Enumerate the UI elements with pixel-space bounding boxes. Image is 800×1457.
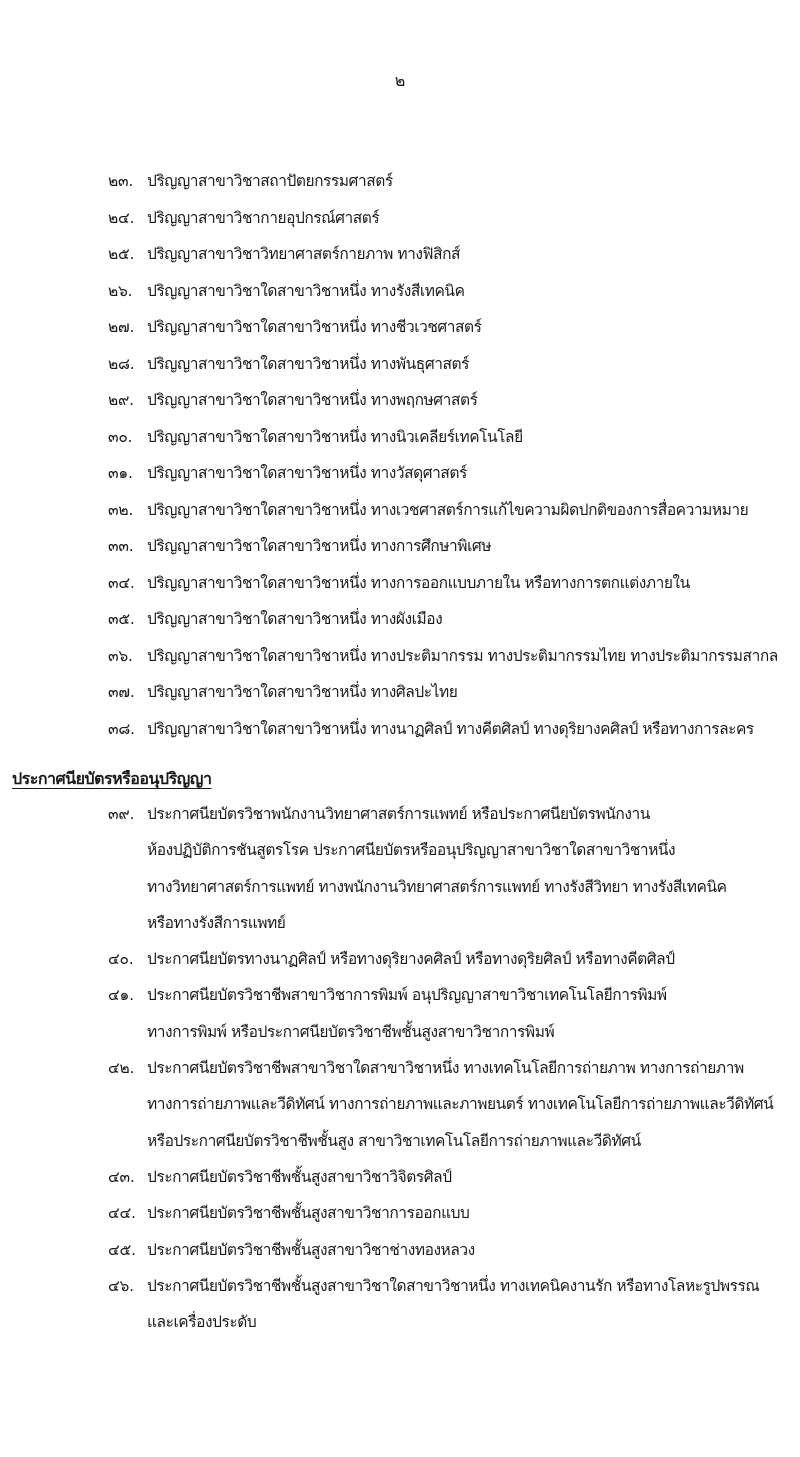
list-item: ๒๘.ปริญญาสาขาวิชาใดสาขาวิชาหนึ่ง ทางพันธ…	[108, 346, 800, 383]
item-number: ๓๗.	[108, 674, 147, 711]
item-text: ประกาศนียบัตรวิชาชีพชั้นสูงสาขาวิชาช่างท…	[147, 1232, 800, 1268]
item-text: ปริญญาสาขาวิชาใดสาขาวิชาหนึ่ง ทางรังสีเท…	[147, 273, 800, 310]
item-text: ปริญญาสาขาวิชาใดสาขาวิชาหนึ่ง ทางพันธุศา…	[147, 346, 800, 383]
list-item: ๔๐. ประกาศนียบัตรทางนาฏศิลป์ หรือทางดุริ…	[108, 941, 800, 977]
item-number: ๔๓.	[108, 1159, 147, 1195]
item-text: ปริญญาสาขาวิชาใดสาขาวิชาหนึ่ง ทางการศึกษ…	[147, 528, 800, 565]
item-text: ปริญญาสาขาวิชาใดสาขาวิชาหนึ่ง ทางศิลปะไท…	[147, 674, 800, 711]
list-item: ๒๔.ปริญญาสาขาวิชากายอุปกรณ์ศาสตร์	[108, 200, 800, 237]
item-text: ปริญญาสาขาวิชาใดสาขาวิชาหนึ่ง ทางพฤกษศาส…	[147, 382, 800, 419]
item-number: ๓๐.	[108, 419, 147, 456]
item-number: ๔๑.	[108, 977, 147, 1050]
item-number: ๒๔.	[108, 200, 147, 237]
item-number: ๒๓.	[108, 163, 147, 200]
item-number: ๔๐.	[108, 941, 147, 977]
item-text: ปริญญาสาขาวิชาใดสาขาวิชาหนึ่ง ทางผังเมือ…	[147, 601, 800, 638]
item-line: ทางวิทยาศาสตร์การแพทย์ ทางพนักงานวิทยาศา…	[147, 869, 800, 905]
item-number: ๔๕.	[108, 1232, 147, 1268]
item-text: ปริญญาสาขาวิชาใดสาขาวิชาหนึ่ง ทางประติมา…	[147, 638, 800, 675]
item-text: ปริญญาสาขาวิชาใดสาขาวิชาหนึ่ง ทางวัสดุศา…	[147, 455, 800, 492]
list-item: ๒๓.ปริญญาสาขาวิชาสถาปัตยกรรมศาสตร์	[108, 163, 800, 200]
item-line: หรือทางรังสีการแพทย์	[147, 905, 800, 941]
item-line: ประกาศนียบัตรวิชาชีพสาขาวิชาการพิมพ์ อนุ…	[147, 977, 800, 1013]
item-line: หรือประกาศนียบัตรวิชาชีพชั้นสูง สาขาวิชา…	[147, 1123, 800, 1159]
item-number: ๓๙.	[108, 796, 147, 941]
item-text: ปริญญาสาขาวิชาสถาปัตยกรรมศาสตร์	[147, 163, 800, 200]
list-item: ๓๕.ปริญญาสาขาวิชาใดสาขาวิชาหนึ่ง ทางผังเ…	[108, 601, 800, 638]
item-number: ๒๗.	[108, 309, 147, 346]
list-item: ๓๖.ปริญญาสาขาวิชาใดสาขาวิชาหนึ่ง ทางประต…	[108, 638, 800, 675]
list-item: ๒๕.ปริญญาสาขาวิชาวิทยาศาสตร์กายภาพ ทางฟิ…	[108, 236, 800, 273]
item-line: ประกาศนียบัตรวิชาชีพชั้นสูงสาขาวิชาช่างท…	[147, 1232, 800, 1268]
item-text: ประกาศนียบัตรวิชาชีพชั้นสูงสาขาวิชาใดสาข…	[147, 1268, 800, 1341]
item-number: ๓๘.	[108, 711, 147, 748]
list-item: ๔๕. ประกาศนียบัตรวิชาชีพชั้นสูงสาขาวิชาช…	[108, 1232, 800, 1268]
item-number: ๒๙.	[108, 382, 147, 419]
item-text: ประกาศนียบัตรวิชาชีพสาขาวิชาใดสาขาวิชาหน…	[147, 1050, 800, 1159]
list-item: ๓๙. ประกาศนียบัตรวิชาพนักงานวิทยาศาสตร์ก…	[108, 796, 800, 941]
list-item: ๔๒. ประกาศนียบัตรวิชาชีพสาขาวิชาใดสาขาวิ…	[108, 1050, 800, 1159]
item-text: ปริญญาสาขาวิชาวิทยาศาสตร์กายภาพ ทางฟิสิก…	[147, 236, 800, 273]
page-number: ๒	[0, 70, 800, 92]
item-text: ปริญญาสาขาวิชาใดสาขาวิชาหนึ่ง ทางชีวเวชศ…	[147, 309, 800, 346]
list-item: ๒๙.ปริญญาสาขาวิชาใดสาขาวิชาหนึ่ง ทางพฤกษ…	[108, 382, 800, 419]
item-line: ทางการถ่ายภาพและวีดิทัศน์ ทางการถ่ายภาพแ…	[147, 1086, 800, 1122]
item-number: ๔๔.	[108, 1195, 147, 1231]
list-item: ๓๑.ปริญญาสาขาวิชาใดสาขาวิชาหนึ่ง ทางวัสด…	[108, 455, 800, 492]
list-item: ๔๔. ประกาศนียบัตรวิชาชีพชั้นสูงสาขาวิชาก…	[108, 1195, 800, 1231]
list-item: ๓๗.ปริญญาสาขาวิชาใดสาขาวิชาหนึ่ง ทางศิลป…	[108, 674, 800, 711]
item-number: ๒๘.	[108, 346, 147, 383]
list-item: ๒๖.ปริญญาสาขาวิชาใดสาขาวิชาหนึ่ง ทางรังส…	[108, 273, 800, 310]
item-number: ๓๓.	[108, 528, 147, 565]
item-line: ทางการพิมพ์ หรือประกาศนียบัตรวิชาชีพชั้น…	[147, 1014, 800, 1050]
certificate-list: ๓๙. ประกาศนียบัตรวิชาพนักงานวิทยาศาสตร์ก…	[108, 796, 800, 1340]
item-line: ประกาศนียบัตรวิชาชีพชั้นสูงสาขาวิชาการออ…	[147, 1195, 800, 1231]
item-line: ประกาศนียบัตรวิชาพนักงานวิทยาศาสตร์การแพ…	[147, 796, 800, 832]
list-item: ๓๘.ปริญญาสาขาวิชาใดสาขาวิชาหนึ่ง ทางนาฏศ…	[108, 711, 800, 748]
list-item: ๓๒.ปริญญาสาขาวิชาใดสาขาวิชาหนึ่ง ทางเวชศ…	[108, 492, 800, 529]
item-number: ๓๕.	[108, 601, 147, 638]
item-number: ๔๒.	[108, 1050, 147, 1159]
list-item: ๔๑. ประกาศนียบัตรวิชาชีพสาขาวิชาการพิมพ์…	[108, 977, 800, 1050]
item-text: ประกาศนียบัตรวิชาชีพชั้นสูงสาขาวิชาการออ…	[147, 1195, 800, 1231]
item-text: ปริญญาสาขาวิชาใดสาขาวิชาหนึ่ง ทางนิวเคลี…	[147, 419, 800, 456]
item-number: ๓๒.	[108, 492, 147, 529]
section-heading-certificates: ประกาศนียบัตรหรืออนุปริญญา	[12, 762, 211, 796]
list-item: ๓๔.ปริญญาสาขาวิชาใดสาขาวิชาหนึ่ง ทางการอ…	[108, 565, 800, 602]
list-item: ๔๖. ประกาศนียบัตรวิชาชีพชั้นสูงสาขาวิชาใ…	[108, 1268, 800, 1341]
item-number: ๓๖.	[108, 638, 147, 675]
list-item: ๓๓.ปริญญาสาขาวิชาใดสาขาวิชาหนึ่ง ทางการศ…	[108, 528, 800, 565]
item-line: ประกาศนียบัตรวิชาชีพชั้นสูงสาขาวิชาวิจิต…	[147, 1159, 800, 1195]
list-item: ๔๓. ประกาศนียบัตรวิชาชีพชั้นสูงสาขาวิชาว…	[108, 1159, 800, 1195]
degree-list: ๒๓.ปริญญาสาขาวิชาสถาปัตยกรรมศาสตร์ ๒๔.ปร…	[108, 163, 800, 747]
item-number: ๓๔.	[108, 565, 147, 602]
item-number: ๒๖.	[108, 273, 147, 310]
item-text: ปริญญาสาขาวิชาใดสาขาวิชาหนึ่ง ทางเวชศาสต…	[147, 492, 800, 529]
item-text: ประกาศนียบัตรวิชาพนักงานวิทยาศาสตร์การแพ…	[147, 796, 800, 941]
list-item: ๓๐.ปริญญาสาขาวิชาใดสาขาวิชาหนึ่ง ทางนิวเ…	[108, 419, 800, 456]
item-number: ๒๕.	[108, 236, 147, 273]
item-line: ประกาศนียบัตรวิชาชีพชั้นสูงสาขาวิชาใดสาข…	[147, 1268, 800, 1304]
item-text: ประกาศนียบัตรวิชาชีพสาขาวิชาการพิมพ์ อนุ…	[147, 977, 800, 1050]
item-line: ประกาศนียบัตรทางนาฏศิลป์ หรือทางดุริยางค…	[147, 941, 800, 977]
item-line: และเครื่องประดับ	[147, 1304, 800, 1340]
item-line: ห้องปฏิบัติการชันสูตรโรค ประกาศนียบัตรหร…	[147, 832, 800, 868]
item-text: ปริญญาสาขาวิชาใดสาขาวิชาหนึ่ง ทางนาฏศิลป…	[147, 711, 800, 748]
item-line: ประกาศนียบัตรวิชาชีพสาขาวิชาใดสาขาวิชาหน…	[147, 1050, 800, 1086]
item-text: ประกาศนียบัตรวิชาชีพชั้นสูงสาขาวิชาวิจิต…	[147, 1159, 800, 1195]
item-text: ประกาศนียบัตรทางนาฏศิลป์ หรือทางดุริยางค…	[147, 941, 800, 977]
list-item: ๒๗.ปริญญาสาขาวิชาใดสาขาวิชาหนึ่ง ทางชีวเ…	[108, 309, 800, 346]
item-text: ปริญญาสาขาวิชากายอุปกรณ์ศาสตร์	[147, 200, 800, 237]
item-number: ๓๑.	[108, 455, 147, 492]
item-number: ๔๖.	[108, 1268, 147, 1341]
item-text: ปริญญาสาขาวิชาใดสาขาวิชาหนึ่ง ทางการออกแ…	[147, 565, 800, 602]
